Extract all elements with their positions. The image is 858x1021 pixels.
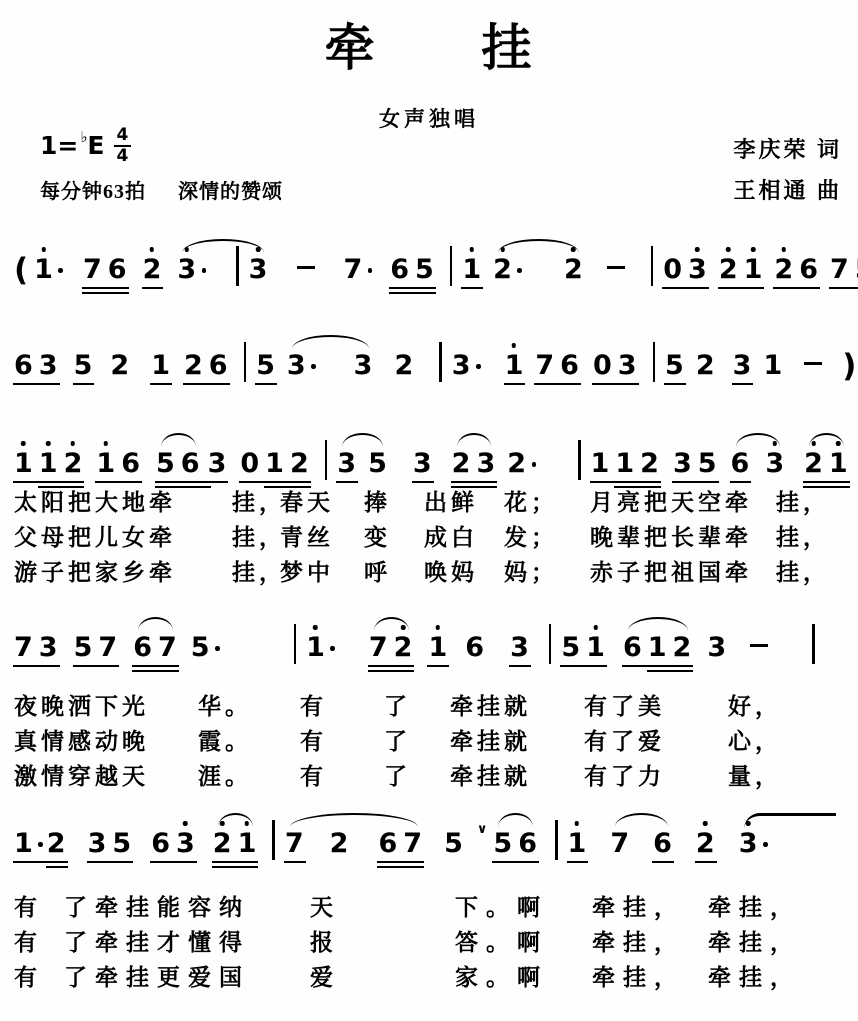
underline-beam	[255, 383, 277, 386]
lyric-cell: 成白	[424, 519, 478, 552]
note-digit: 1	[238, 828, 257, 859]
note: 6	[390, 255, 409, 285]
note: 5	[368, 449, 387, 479]
underline-beam	[46, 861, 68, 864]
note: 2	[394, 351, 413, 381]
lyric-row: 真情感动晚霞。有了牵挂就有了爱心，	[14, 723, 858, 758]
note: 3	[249, 255, 268, 285]
time-denominator: 4	[117, 147, 129, 166]
note-digit: 1	[39, 448, 58, 479]
note: 7	[403, 829, 422, 859]
note-digit: 2	[64, 448, 83, 479]
underline-beam	[414, 292, 436, 295]
octave-dot-icon	[469, 247, 474, 252]
lyric-cell: 挂，	[232, 554, 286, 587]
key-prefix: 1=	[40, 131, 78, 160]
note: 6	[121, 449, 140, 479]
note-digit: 5	[74, 350, 93, 381]
note: 5	[665, 351, 684, 381]
note-digit: 3	[733, 350, 752, 381]
slur-arc	[182, 239, 264, 253]
title-char: 挂	[482, 8, 534, 80]
barline	[294, 624, 297, 664]
lyric-row: 太阳把大地牵挂，春天捧出鲜花；月亮把天空牵挂，	[14, 484, 858, 519]
note-digit: 5	[665, 350, 684, 381]
score-line-1: (17623376512203212675	[14, 220, 850, 308]
note-digit: 6	[465, 632, 484, 663]
octave-dot-icon	[436, 625, 441, 630]
sheet-music-page: 牵挂 女声独唱 1=♭E 4 4 每分钟63拍 深情的赞颂 李庆荣 词 王相通 …	[0, 0, 858, 1021]
lyric-cell: 牵挂，	[592, 889, 685, 922]
lyric-cell: 好，	[728, 688, 782, 721]
lyric-cell: 心，	[728, 723, 782, 756]
note-digit: 2	[493, 254, 512, 285]
note-digit: 3	[452, 350, 471, 381]
note-digit: 7	[14, 632, 33, 663]
note-digit: 2	[184, 350, 203, 381]
note: 2	[452, 449, 471, 479]
note: 3	[39, 633, 58, 663]
lyric-cell: 了牵挂才懂得	[64, 924, 250, 957]
note-digit: 1	[34, 254, 53, 285]
note: 2	[719, 255, 738, 285]
underline-beam	[38, 665, 60, 668]
note: 1	[428, 633, 447, 663]
note: 2	[47, 829, 66, 859]
note: 1	[591, 449, 610, 479]
slur-arc	[292, 335, 369, 349]
augmentation-dot-icon	[763, 842, 768, 847]
lyric-cell: 夜晚洒下光	[14, 688, 149, 721]
slur-arc	[498, 813, 533, 827]
note-digit: 1	[265, 448, 284, 479]
note-digit: 1	[648, 632, 667, 663]
underline-beam	[798, 287, 820, 290]
augmentation-dot-icon	[311, 364, 316, 369]
note-digit: 7	[535, 350, 554, 381]
lyric-cell: 激情穿越天	[14, 758, 149, 791]
lyric-cell: 牵挂就	[450, 758, 531, 791]
time-signature: 4 4	[114, 126, 132, 165]
note-digit: 3	[39, 350, 58, 381]
lyric-cell: 有	[300, 688, 327, 721]
augmentation-dot-icon	[517, 268, 522, 273]
lyric-cell: 家。啊	[455, 959, 548, 992]
note: 5	[493, 829, 512, 859]
lyric-cell: 涯。	[198, 758, 252, 791]
note: 5	[156, 449, 175, 479]
note-digit: 3	[510, 632, 529, 663]
note-digit: 1	[96, 448, 115, 479]
underline-beam	[175, 861, 197, 864]
barline	[549, 624, 552, 664]
underline-beam	[672, 665, 694, 668]
underline-beam	[672, 670, 694, 673]
note: 2	[64, 449, 83, 479]
lyric-cell: 呼	[364, 554, 391, 587]
underline-beam	[504, 383, 526, 386]
note: 7	[343, 255, 362, 285]
lyric-cell: 梦中	[280, 554, 334, 587]
note-digit: 2	[673, 632, 692, 663]
lyric-cell: 出鲜	[424, 484, 478, 517]
underline-beam	[617, 383, 639, 386]
rest-note: 0	[593, 351, 612, 381]
note: 6	[378, 829, 397, 859]
underline-beam	[732, 383, 754, 386]
note: 6	[731, 449, 750, 479]
lyric-cell: 有了爱	[584, 723, 665, 756]
lyric-cell: 挂，	[232, 484, 286, 517]
note-digit: 2	[330, 828, 349, 859]
lyric-cell: 变	[364, 519, 391, 552]
note: 1	[568, 829, 587, 859]
note-digit: 1	[462, 254, 481, 285]
note-digit: 2	[394, 350, 413, 381]
note: 2	[330, 829, 349, 859]
augmentation-dot-icon	[215, 646, 220, 651]
underline-beam	[142, 287, 164, 290]
note-digit: 7	[83, 254, 102, 285]
lyric-cell: 挂，	[776, 519, 830, 552]
note: 5	[74, 633, 93, 663]
octave-dot-icon	[41, 247, 46, 252]
underline-beam	[664, 383, 686, 386]
breath-mark-icon: ∨	[477, 822, 488, 837]
credits: 李庆荣 词 王相通 曲	[733, 130, 842, 211]
lyric-row: 游子把家乡牵挂，梦中呼唤妈妈；赤子把祖国牵挂，	[14, 554, 858, 589]
lyric-row: 激情穿越天涯。有了牵挂就有了力量，	[14, 758, 858, 793]
note-digit: 3	[707, 632, 726, 663]
note: 3	[618, 351, 637, 381]
slur-arc	[809, 433, 844, 447]
note: 3	[413, 449, 432, 479]
note-digit: 6	[560, 350, 579, 381]
note: 5	[444, 829, 463, 859]
note-digit: 6	[518, 828, 537, 859]
note: 3	[452, 351, 471, 381]
note: 1	[151, 351, 170, 381]
note: 1	[505, 351, 524, 381]
lyric-cell: 牵挂，	[592, 924, 685, 957]
note-digit: 5	[256, 350, 275, 381]
note: 2	[804, 449, 823, 479]
underline-beam	[639, 481, 661, 484]
score-line-4: 7357675172163516123	[14, 598, 850, 686]
time-numerator: 4	[114, 126, 132, 147]
underline-beam	[157, 665, 179, 668]
note-digit: 6	[181, 448, 200, 479]
note-digit: 1	[744, 254, 763, 285]
lyric-cell: 了	[384, 723, 411, 756]
slur-arc	[736, 433, 780, 447]
lyric-cell: 牵挂就	[450, 723, 531, 756]
underline-beam	[107, 292, 129, 295]
expression-text: 深情的赞颂	[178, 181, 283, 203]
note-digit: 6	[14, 350, 33, 381]
note-digit: 1	[586, 632, 605, 663]
note: 2	[507, 449, 526, 479]
note-digit: 7	[830, 254, 849, 285]
note-digit: 5	[444, 828, 463, 859]
note: 1	[829, 449, 848, 479]
underline-beam	[475, 481, 497, 484]
note: 6	[151, 829, 170, 859]
note-digit: 3	[337, 448, 356, 479]
note: 7	[830, 255, 849, 285]
dash-extension	[297, 266, 315, 270]
octave-dot-icon	[150, 247, 155, 252]
note: 1	[34, 255, 53, 285]
lyric-cell: 晚辈把长辈牵	[590, 519, 752, 552]
note-digit: 3	[177, 254, 196, 285]
note: 5	[74, 351, 93, 381]
note: 1	[763, 351, 782, 381]
note: 5	[415, 255, 434, 285]
lyric-row: 有了牵挂才懂得报答。啊牵挂，牵挂，	[14, 924, 858, 959]
augmentation-dot-icon	[330, 646, 335, 651]
note-digit: 3	[249, 254, 268, 285]
lyric-cell: 天	[310, 889, 341, 922]
underline-beam	[414, 287, 436, 290]
barline	[325, 440, 328, 480]
dash-extension	[607, 266, 625, 270]
note: 6	[653, 829, 672, 859]
note-digit: 1	[615, 448, 634, 479]
note: 2	[774, 255, 793, 285]
dash-extension	[804, 362, 822, 366]
lyric-cell: 爱	[310, 959, 341, 992]
underline-beam	[559, 383, 581, 386]
lyric-cell: 华。	[198, 688, 252, 721]
octave-dot-icon	[183, 821, 188, 826]
note-digit: 7	[98, 632, 117, 663]
underline-beam	[730, 481, 752, 484]
lyricist: 李庆荣 词	[733, 130, 842, 171]
underline-beam	[150, 383, 172, 386]
lyric-row: 有了牵挂能容纳天下。啊牵挂，牵挂，	[14, 889, 858, 924]
note: 3	[88, 829, 107, 859]
lyric-cell: 了牵挂更爱国	[64, 959, 250, 992]
lyric-row: 父母把儿女牵挂，青丝变成白发；晚辈把长辈牵挂，	[14, 519, 858, 554]
slur-arc	[628, 617, 688, 631]
note-digit: 3	[618, 350, 637, 381]
note-digit: 5	[112, 828, 131, 859]
underline-beam	[567, 861, 589, 864]
underline-beam	[111, 861, 133, 864]
note: 3	[287, 351, 306, 381]
note-digit: 2	[452, 448, 471, 479]
underline-beam	[38, 383, 60, 386]
lyric-cell: 下。啊	[455, 889, 548, 922]
lyric-cell: 牵挂，	[708, 924, 801, 957]
note-digit: 3	[176, 828, 195, 859]
note: 1	[744, 255, 763, 285]
note-digit: 1	[14, 448, 33, 479]
lyric-cell: 了	[384, 688, 411, 721]
note: 3	[673, 449, 692, 479]
note-digit: 1	[763, 350, 782, 381]
tempo-text: 每分钟63拍	[40, 181, 146, 203]
flat-sign-icon: ♭	[80, 128, 87, 146]
note: 7	[158, 633, 177, 663]
underline-beam	[427, 665, 449, 668]
note: 2	[290, 449, 309, 479]
note-digit: 6	[623, 632, 642, 663]
barline	[578, 440, 581, 480]
lyric-row: 有了牵挂更爱国爱家。啊牵挂，牵挂，	[14, 959, 858, 994]
note: 7	[610, 829, 629, 859]
note-digit: 2	[640, 448, 659, 479]
note-digit: 1	[505, 350, 524, 381]
octave-dot-icon	[703, 821, 708, 826]
barline	[653, 342, 656, 382]
slur-arc	[615, 813, 668, 827]
intro-paren: (	[14, 252, 28, 288]
note-digit: 3	[673, 448, 692, 479]
note-digit: 3	[688, 254, 707, 285]
lyric-cell: 发；	[504, 519, 558, 552]
note-digit: 3	[476, 448, 495, 479]
key-letter: E	[87, 131, 104, 160]
lyric-cell: 有	[14, 959, 45, 992]
lyric-cell: 牵挂，	[592, 959, 685, 992]
note-digit: 6	[378, 828, 397, 859]
lyric-cell: 有	[300, 723, 327, 756]
note: 1	[14, 829, 33, 859]
composer: 王相通 曲	[733, 171, 842, 212]
slur-arc	[498, 239, 579, 253]
octave-dot-icon	[593, 625, 598, 630]
song-title: 牵挂	[0, 8, 858, 80]
lyric-cell: 有	[300, 758, 327, 791]
note-digit: 2	[696, 350, 715, 381]
note-digit: 5	[156, 448, 175, 479]
note: 2	[213, 829, 232, 859]
note: 1	[586, 633, 605, 663]
barline	[450, 246, 453, 286]
score-line-5: 1235632172675∨5617623	[14, 794, 850, 882]
note-digit: 7	[369, 632, 388, 663]
underline-beam	[393, 665, 415, 668]
note: 2	[110, 351, 129, 381]
lyric-cell: 游子把家乡牵	[14, 554, 176, 587]
note: 5	[191, 633, 210, 663]
note: 3	[176, 829, 195, 859]
barline	[272, 820, 275, 860]
note: 2	[394, 633, 413, 663]
note-digit: 3	[39, 632, 58, 663]
lyric-cell: 有了力	[584, 758, 665, 791]
augmentation-dot-icon	[202, 268, 207, 273]
note: 6	[799, 255, 818, 285]
underline-beam	[854, 287, 858, 290]
note: 3	[739, 829, 758, 859]
note: 3	[688, 255, 707, 285]
note-digit: 7	[158, 632, 177, 663]
note-digit: 2	[110, 350, 129, 381]
intro-paren: )	[842, 348, 856, 384]
lyrics-block-3: 有了牵挂能容纳天下。啊牵挂，牵挂，有了牵挂才懂得报答。啊牵挂，牵挂，有了牵挂更爱…	[14, 889, 858, 994]
underline-beam	[509, 665, 531, 668]
slur-arc	[218, 813, 253, 827]
underline-beam	[828, 481, 850, 484]
note-digit: 1	[151, 350, 170, 381]
lyric-cell: 挂，	[232, 519, 286, 552]
augmentation-dot-icon	[58, 268, 63, 273]
note-digit: 6	[731, 448, 750, 479]
note: 2	[564, 255, 583, 285]
dash-extension	[750, 644, 768, 648]
underline-beam	[687, 287, 709, 290]
note: 1	[238, 829, 257, 859]
lyric-cell: 牵挂，	[708, 889, 801, 922]
lyric-cell: 真情感动晚	[14, 723, 149, 756]
note-digit: 3	[88, 828, 107, 859]
note: 6	[14, 351, 33, 381]
note-digit: 3	[354, 350, 373, 381]
tempo-line: 每分钟63拍 深情的赞颂	[40, 175, 283, 204]
lyric-cell: 春天	[280, 484, 334, 517]
note: 5	[561, 633, 580, 663]
lyrics-block-2: 夜晚洒下光华。有了牵挂就有了美好，真情感动晚霞。有了牵挂就有了爱心，激情穿越天涯…	[14, 688, 858, 793]
note-digit: 7	[343, 254, 362, 285]
underline-beam	[157, 670, 179, 673]
note-digit: 0	[593, 350, 612, 381]
underline-beam	[284, 861, 306, 864]
note-digit: 2	[696, 828, 715, 859]
note: 5	[698, 449, 717, 479]
note: 2	[493, 255, 512, 285]
note-digit: 2	[213, 828, 232, 859]
note: 2	[696, 351, 715, 381]
note-digit: 5	[74, 632, 93, 663]
lyrics-block-1: 太阳把大地牵挂，春天捧出鲜花；月亮把天空牵挂，父母把儿女牵挂，青丝变成白发；晚辈…	[14, 484, 858, 589]
title-char: 牵	[325, 8, 377, 80]
octave-dot-icon	[313, 625, 318, 630]
note-digit: 2	[143, 254, 162, 285]
note: 3	[208, 449, 227, 479]
augmentation-dot-icon	[532, 462, 537, 467]
note-digit: 3	[739, 828, 758, 859]
note-digit: 0	[663, 254, 682, 285]
lyric-row: 夜晚洒下光华。有了牵挂就有了美好，	[14, 688, 858, 723]
note-digit: 6	[653, 828, 672, 859]
note: 3	[707, 633, 726, 663]
barline	[244, 342, 247, 382]
underline-beam	[517, 861, 539, 864]
note: 2	[696, 829, 715, 859]
note-digit: 1	[306, 632, 325, 663]
note: 3	[177, 255, 196, 285]
octave-dot-icon	[512, 343, 517, 348]
note-digit: 5	[191, 632, 210, 663]
note-digit: 5	[368, 448, 387, 479]
note: 3	[354, 351, 373, 381]
note: 3	[337, 449, 356, 479]
note: 7	[535, 351, 554, 381]
note-digit: 1	[829, 448, 848, 479]
note: 1	[648, 633, 667, 663]
lyric-cell: 有了美	[584, 688, 665, 721]
underline-beam	[120, 481, 142, 484]
lyric-cell: 妈；	[504, 554, 558, 587]
underline-beam	[402, 861, 424, 864]
underline-beam	[393, 670, 415, 673]
note: 7	[14, 633, 33, 663]
barline	[651, 246, 654, 286]
note-digit: 1	[568, 828, 587, 859]
